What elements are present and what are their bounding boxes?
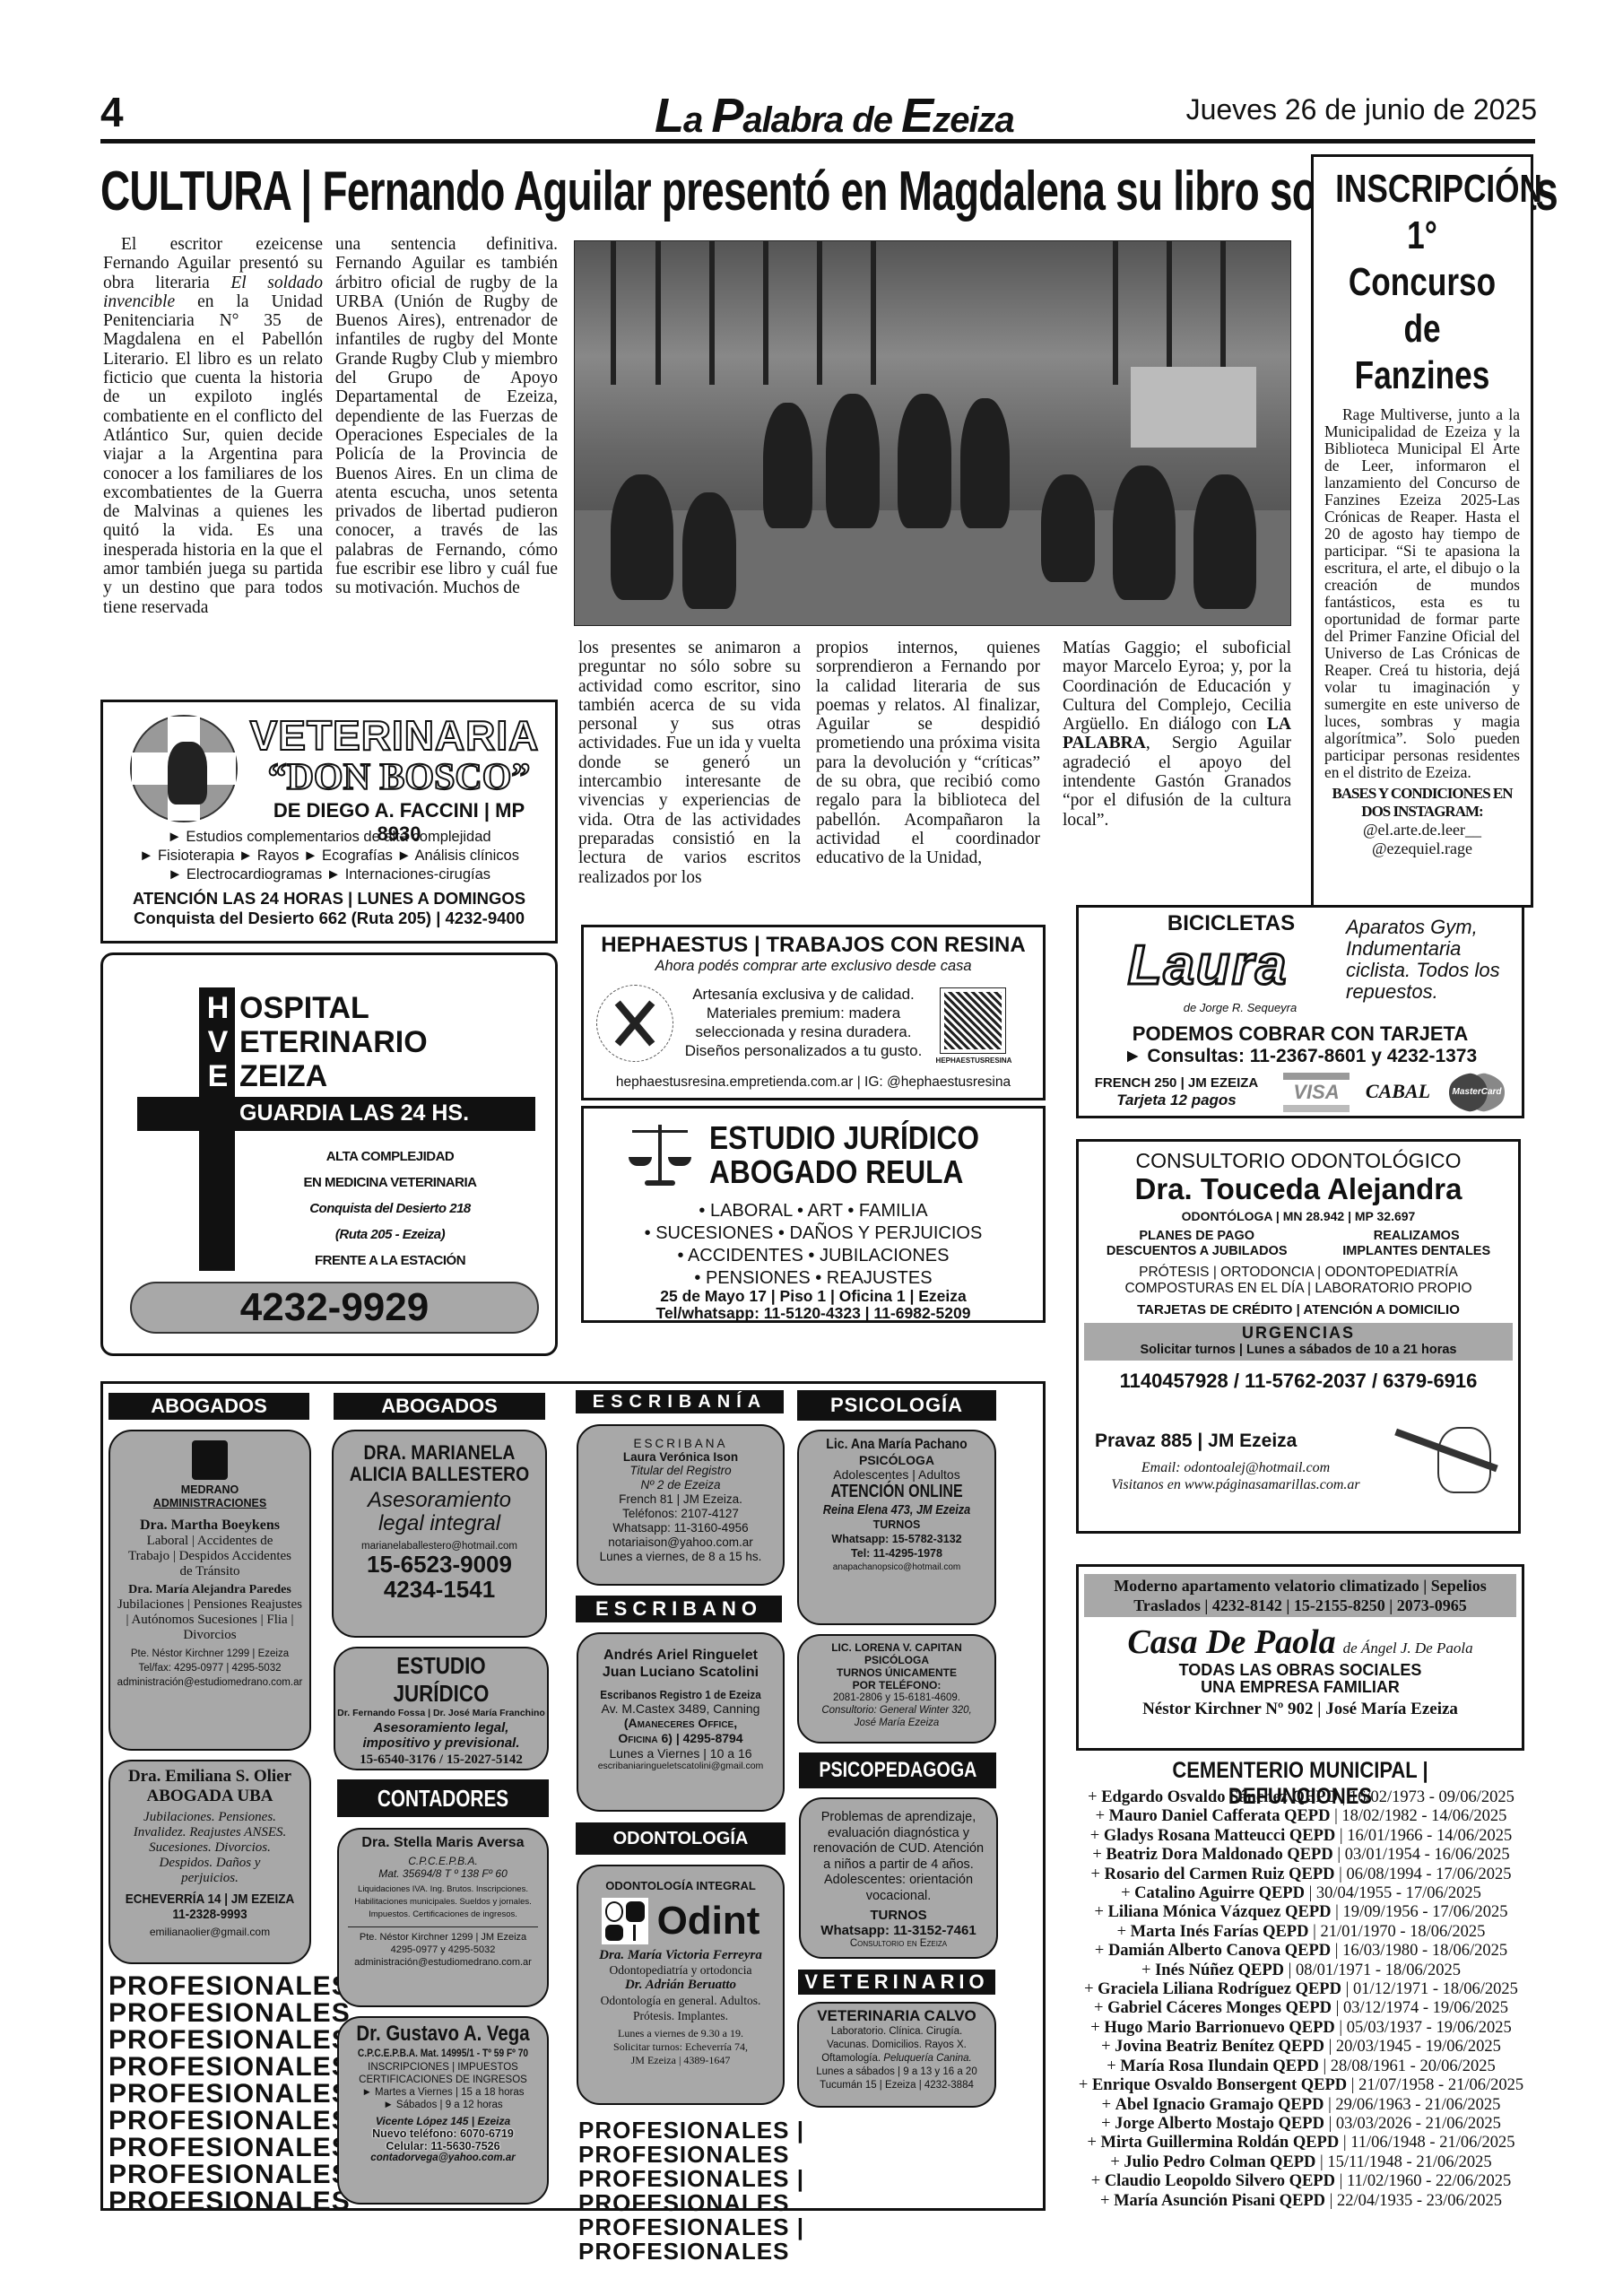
header-veterinario: VETERINARIO bbox=[798, 1970, 995, 1995]
urgencias-band: URGENCIAS Solicitar turnos | Lunes a sáb… bbox=[1084, 1323, 1513, 1361]
laura-logo: Laura bbox=[1091, 935, 1324, 997]
fanzines-title-1: INSCRIPCIÓN bbox=[1335, 166, 1509, 213]
obituary-entry: + Enrique Osvaldo Bonsergent QEPD | 21/0… bbox=[1072, 2076, 1530, 2095]
card-aversa: Dra. Stella Maris Aversa C.P.C.E.P.B.A.M… bbox=[337, 1828, 549, 2007]
card-ballestero: DRA. MARIANELAALICIA BALLESTERO Asesoram… bbox=[332, 1430, 547, 1638]
card-psicopedagoga: Problemas de aprendizaje, evaluación dia… bbox=[799, 1797, 998, 1959]
article-photo bbox=[574, 240, 1291, 626]
card-ison: ESCRIBANA Laura Verónica Ison Titular de… bbox=[577, 1424, 785, 1586]
header-abogados-1: ABOGADOS bbox=[108, 1393, 309, 1420]
ad-veterinaria-don-bosco: VETERINARIA “DON BOSCO” DE DIEGO A. FACC… bbox=[100, 700, 558, 944]
obituary-entry: + Graciela Liliana Rodríguez QEPD | 01/1… bbox=[1072, 1980, 1530, 1999]
profesionales-stack: PROFESIONALESPROFESIONALESPROFESIONALESP… bbox=[108, 1973, 324, 2215]
obituary-entry: + Gladys Rosana Matteucci QEPD | 16/01/1… bbox=[1072, 1827, 1530, 1846]
obituary-entry: + Edgardo Osvaldo Sánchez QEPD | 16/02/1… bbox=[1072, 1788, 1530, 1807]
masthead: La Palabra de Ezeiza bbox=[655, 88, 1014, 143]
hephaestus-logo-icon bbox=[596, 985, 673, 1062]
card-veterinaria-calvo: VETERINARIA CALVO Laboratorio. Clínica. … bbox=[797, 2002, 996, 2108]
defunciones-list: + Edgardo Osvaldo Sánchez QEPD | 16/02/1… bbox=[1072, 1788, 1530, 2211]
fanzines-bases: BASES Y CONDICIONES EN DOS INSTAGRAM: bbox=[1314, 785, 1531, 821]
fanzines-box: INSCRIPCIÓN 1° Concurso de Fanzines Rage… bbox=[1311, 154, 1533, 908]
obituary-entry: + María Asunción Pisani QEPD | 22/04/193… bbox=[1072, 2192, 1530, 2211]
obituary-entry: + Julio Pedro Colman QEPD | 15/11/1948 -… bbox=[1072, 2153, 1530, 2172]
header-odontologia: ODONTOLOGÍA bbox=[576, 1822, 785, 1855]
obituary-entry: + Mirta Guillermina Roldán QEPD | 11/06/… bbox=[1072, 2134, 1530, 2152]
ad-dra-touceda: CONSULTORIO ODONTOLÓGICO Dra. Touceda Al… bbox=[1076, 1139, 1521, 1534]
obituary-entry: + Damián Alberto Canova QEPD | 16/03/198… bbox=[1072, 1942, 1530, 1961]
velatorio-band: Moderno apartamento velatorio climatizad… bbox=[1084, 1574, 1516, 1617]
ad-estudio-juridico-reula: ESTUDIO JURÍDICOABOGADO REULA • LABORAL … bbox=[581, 1106, 1046, 1323]
header-escribano: ESCRIBANO bbox=[576, 1596, 782, 1622]
header-escribania: ESCRIBANÍA bbox=[576, 1390, 784, 1413]
vet-cross-logo bbox=[130, 715, 238, 822]
card-fossa: ESTUDIO JURÍDICO Dr. Fernando Fossa | Dr… bbox=[334, 1647, 549, 1770]
hve-phone[interactable]: 4232-9929 bbox=[130, 1282, 539, 1334]
medrano-logo-icon bbox=[192, 1440, 228, 1480]
ad-hospital-veterinario-ezeiza: HVE OSPITALETERINARIOZEIZA GUARDIA LAS 2… bbox=[100, 952, 558, 1356]
header-psicologia: PSICOLOGÍA bbox=[797, 1390, 996, 1421]
issue-date: Jueves 26 de junio de 2025 bbox=[1186, 93, 1537, 126]
header-abogados-2: ABOGADOS bbox=[334, 1393, 545, 1420]
obituary-entry: + Beatriz Dora Maldonado QEPD | 03/01/19… bbox=[1072, 1846, 1530, 1865]
instagram-handle-1[interactable]: @el.arte.de.leer__ bbox=[1314, 821, 1531, 839]
header-rule bbox=[100, 139, 1535, 143]
card-olier: Dra. Emiliana S. OlierABOGADA UBA Jubila… bbox=[108, 1760, 311, 1964]
instagram-handle-2[interactable]: @ezequiel.rage bbox=[1314, 839, 1531, 858]
scales-of-justice-icon bbox=[629, 1125, 691, 1187]
qr-code-icon[interactable] bbox=[941, 988, 1005, 1053]
hephaestus-link[interactable]: hephaestusresina.empretienda.com.ar | IG… bbox=[584, 1074, 1043, 1091]
visa-logo: VISA bbox=[1283, 1073, 1350, 1112]
ad-hephaestus: HEPHAESTUS | TRABAJOS CON RESINA Ahora p… bbox=[581, 925, 1046, 1100]
ad-bicicletas-laura: BICICLETAS Laura de Jorge R. Sequeyra Ap… bbox=[1076, 905, 1524, 1118]
obituary-entry: + Jovina Beatriz Benítez QEPD | 20/03/19… bbox=[1072, 2038, 1530, 2057]
obituary-entry: + Marta Inés Farías QEPD | 21/01/1970 - … bbox=[1072, 1923, 1530, 1942]
article-column-4: propios internos, quienes sorprendieron … bbox=[816, 639, 1040, 868]
obituary-entry: + Liliana Mónica Vázquez QEPD | 19/09/19… bbox=[1072, 1903, 1530, 1922]
obituary-entry: + Inés Núñez QEPD | 08/01/1971 - 18/06/2… bbox=[1072, 1961, 1530, 1980]
article-column-3: los presentes se animaron a preguntar no… bbox=[578, 639, 801, 887]
card-medrano: MEDRANOADMINISTRACIONES Dra. Martha Boey… bbox=[108, 1430, 311, 1751]
obituary-entry: + Catalino Aguirre QEPD | 30/04/1955 - 1… bbox=[1072, 1884, 1530, 1903]
ad-casa-de-paola: Moderno apartamento velatorio climatizad… bbox=[1076, 1564, 1524, 1751]
fanzines-body: Rage Multiverse, junto a la Municipalida… bbox=[1314, 406, 1531, 781]
article-column-5: Matías Gaggio; el suboficial mayor Marce… bbox=[1063, 639, 1291, 830]
header-psicopedagoga: PSICOPEDAGOGA bbox=[799, 1752, 996, 1788]
fanzines-title-3: de Fanzines bbox=[1335, 306, 1509, 399]
obituary-entry: + Claudio Leopoldo Silvero QEPD | 11/02/… bbox=[1072, 2172, 1530, 2191]
article-column-1: El escritor ezeicense Fernando Aguilar p… bbox=[103, 235, 323, 617]
obituary-entry: + Gabriel Cáceres Monges QEPD | 03/12/19… bbox=[1072, 1999, 1530, 2018]
card-vega: Dr. Gustavo A. Vega C.P.C.E.P.B.A. Mat. … bbox=[337, 2016, 549, 2205]
obituary-entry: + Abel Ignacio Gramajo QEPD | 29/06/1963… bbox=[1072, 2096, 1530, 2115]
profesionales-pair-stack: PROFESIONALES | PROFESIONALESPROFESIONAL… bbox=[578, 2118, 1000, 2264]
mastercard-logo: MasterCard bbox=[1448, 1073, 1506, 1112]
obituary-entry: + Mauro Daniel Cafferata QEPD | 18/02/19… bbox=[1072, 1807, 1530, 1826]
obituary-entry: + María Rosa Ilundain QEPD | 28/08/1961 … bbox=[1072, 2057, 1530, 2076]
obituary-entry: + Hugo Mario Barrionuevo QEPD | 05/03/19… bbox=[1072, 2019, 1530, 2038]
card-odint: ODONTOLOGÍA INTEGRAL Odint Dra. María Vi… bbox=[577, 1865, 785, 2105]
card-ringuelet: Andrés Ariel RingueletJuan Luciano Scato… bbox=[577, 1632, 785, 1812]
fanzines-title-2: 1° Concurso bbox=[1335, 213, 1509, 306]
card-capitan: LIC. LORENA V. CAPITANPSICÓLOGATURNOS ÚN… bbox=[797, 1634, 996, 1744]
article-column-2: una sentencia definitiva. Fernando Aguil… bbox=[335, 235, 558, 598]
page-number: 4 bbox=[100, 88, 124, 136]
header-contadores: CONTADORES PÚBLICOS bbox=[337, 1779, 549, 1817]
cabal-logo: CABAL bbox=[1362, 1080, 1434, 1103]
obituary-entry: + Rosario del Carmen Ruiz QEPD | 06/08/1… bbox=[1072, 1865, 1530, 1884]
obituary-entry: + Jorge Alberto Mostajo QEPD | 03/03/202… bbox=[1072, 2115, 1530, 2134]
card-pachano: Lic. Ana María Pachano PSICÓLOGA Adolesc… bbox=[797, 1430, 996, 1625]
odint-logo-icon bbox=[602, 1898, 648, 1944]
